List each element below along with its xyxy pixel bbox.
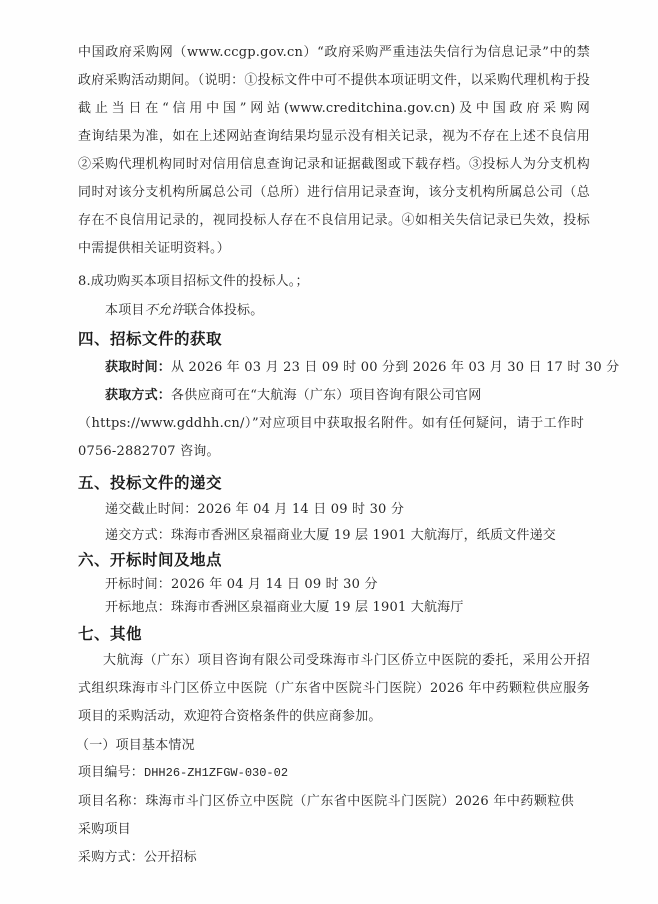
project-number-value: DHH26-ZH1ZFGW-030-02 — [144, 766, 288, 780]
item-8: 8.成功购买本项目招标文件的投标人。； — [78, 273, 309, 291]
subsection-heading: （一）项目基本情况 — [76, 737, 195, 755]
acquisition-method-line: （https://www.gddhh.cn/）”对应项目中获取报名附件。如有任何… — [78, 415, 584, 433]
acquisition-method-value: 各供应商可在“大航海（广东）项目咨询有限公司官网 — [171, 388, 481, 403]
paragraph-line: ②采购代理机构同时对信用信息查询记录和证据截图或下载存档。③投标人为分支机构的， — [78, 156, 590, 174]
document-page: 中国政府采购网（www.ccgp.gov.cn）“政府采购严重违法失信行为信息记… — [0, 0, 658, 904]
consortium-note: 本项目不允许联合体投标。 — [105, 302, 263, 320]
opening-place-label: 开标地点： — [105, 600, 171, 615]
acquisition-time: 获取时间：从 2026 年 03 月 23 日 09 时 00 分到 2026 … — [105, 359, 619, 377]
acquisition-method: 获取方式：各供应商可在“大航海（广东）项目咨询有限公司官网 — [105, 387, 481, 405]
project-name-label: 项目名称： — [78, 794, 145, 809]
project-name-continuation: 采购项目 — [78, 821, 131, 839]
acquisition-time-label: 获取时间： — [105, 360, 171, 375]
opening-place: 开标地点：珠海市香洲区泉福商业大厦 19 层 1901 大航海厅 — [105, 599, 464, 617]
acquisition-method-line: 0756-2882707 咨询。 — [78, 443, 220, 461]
paragraph-line: 查询结果为准，如在上述网站查询结果均显示没有相关记录，视为不存在上述不良信用记录… — [78, 128, 590, 146]
opening-place-value: 珠海市香洲区泉福商业大厦 19 层 1901 大航海厅 — [171, 600, 464, 615]
submission-deadline-label: 递交截止时间： — [105, 502, 197, 517]
paragraph-line: 式组织珠海市斗门区侨立中医院（广东省中医院斗门医院）2026 年中药颗粒供应服务… — [78, 680, 590, 698]
section-heading-7: 七、其他 — [78, 624, 142, 644]
project-number: 项目编号：DHH26-ZH1ZFGW-030-02 — [78, 764, 288, 782]
procurement-method-label: 采购方式： — [78, 850, 144, 865]
paragraph-line: 同时对该分支机构所属总公司（总所）进行信用记录查询，该分支机构所属总公司（总所） — [78, 184, 590, 202]
paragraph-line: 政府采购活动期间。（说明：①投标文件中可不提供本项证明文件，以采购代理机构于投标 — [78, 72, 590, 90]
submission-deadline: 递交截止时间：2026 年 04 月 14 日 09 时 30 分 — [105, 501, 404, 519]
project-name-value: 珠海市斗门区侨立中医院（广东省中医院斗门医院）2026 年中药颗粒供应服务 — [78, 794, 574, 811]
paragraph-line: 中国政府采购网（www.ccgp.gov.cn）“政府采购严重违法失信行为信息记… — [78, 44, 590, 62]
consortium-suffix: 联合体投标。 — [184, 303, 263, 318]
submission-method-label: 递交方式： — [105, 528, 171, 543]
paragraph-line: 存在不良信用记录的，视同投标人存在不良信用记录。④如相关失信记录已失效，投标文件 — [78, 212, 590, 230]
procurement-method-value: 公开招标 — [144, 850, 197, 865]
paragraph-line: 项目的采购活动，欢迎符合资格条件的供应商参加。 — [78, 708, 382, 726]
paragraph-line: 大航海（广东）项目咨询有限公司受珠海市斗门区侨立中医院的委托，采用公开招标方 — [103, 652, 590, 670]
project-name: 项目名称：珠海市斗门区侨立中医院（广东省中医院斗门医院）2026 年中药颗粒供应… — [78, 793, 574, 811]
procurement-method: 采购方式：公开招标 — [78, 849, 197, 867]
section-heading-5: 五、投标文件的递交 — [78, 473, 222, 493]
paragraph-line: 中需提供相关证明资料。） — [78, 240, 230, 258]
opening-time: 开标时间：2026 年 04 月 14 日 09 时 30 分 — [105, 576, 378, 594]
project-number-label: 项目编号： — [78, 765, 144, 780]
consortium-emphasis: 不允许 — [145, 303, 185, 318]
section-heading-4: 四、招标文件的获取 — [78, 329, 222, 349]
opening-time-value: 2026 年 04 月 14 日 09 时 30 分 — [171, 577, 378, 592]
submission-method-value: 珠海市香洲区泉福商业大厦 19 层 1901 大航海厅，纸质文件递交 — [171, 528, 556, 543]
consortium-prefix: 本项目 — [105, 303, 145, 318]
submission-deadline-value: 2026 年 04 月 14 日 09 时 30 分 — [197, 502, 404, 517]
acquisition-time-value: 从 2026 年 03 月 23 日 09 时 00 分到 2026 年 03 … — [171, 360, 619, 375]
opening-time-label: 开标时间： — [105, 577, 171, 592]
acquisition-method-label: 获取方式： — [105, 388, 171, 403]
section-heading-6: 六、开标时间及地点 — [78, 550, 222, 570]
submission-method: 递交方式：珠海市香洲区泉福商业大厦 19 层 1901 大航海厅，纸质文件递交 — [105, 527, 556, 545]
paragraph-line: 截止当日在“信用中国”网站(www.creditchina.gov.cn)及中国… — [78, 100, 590, 118]
